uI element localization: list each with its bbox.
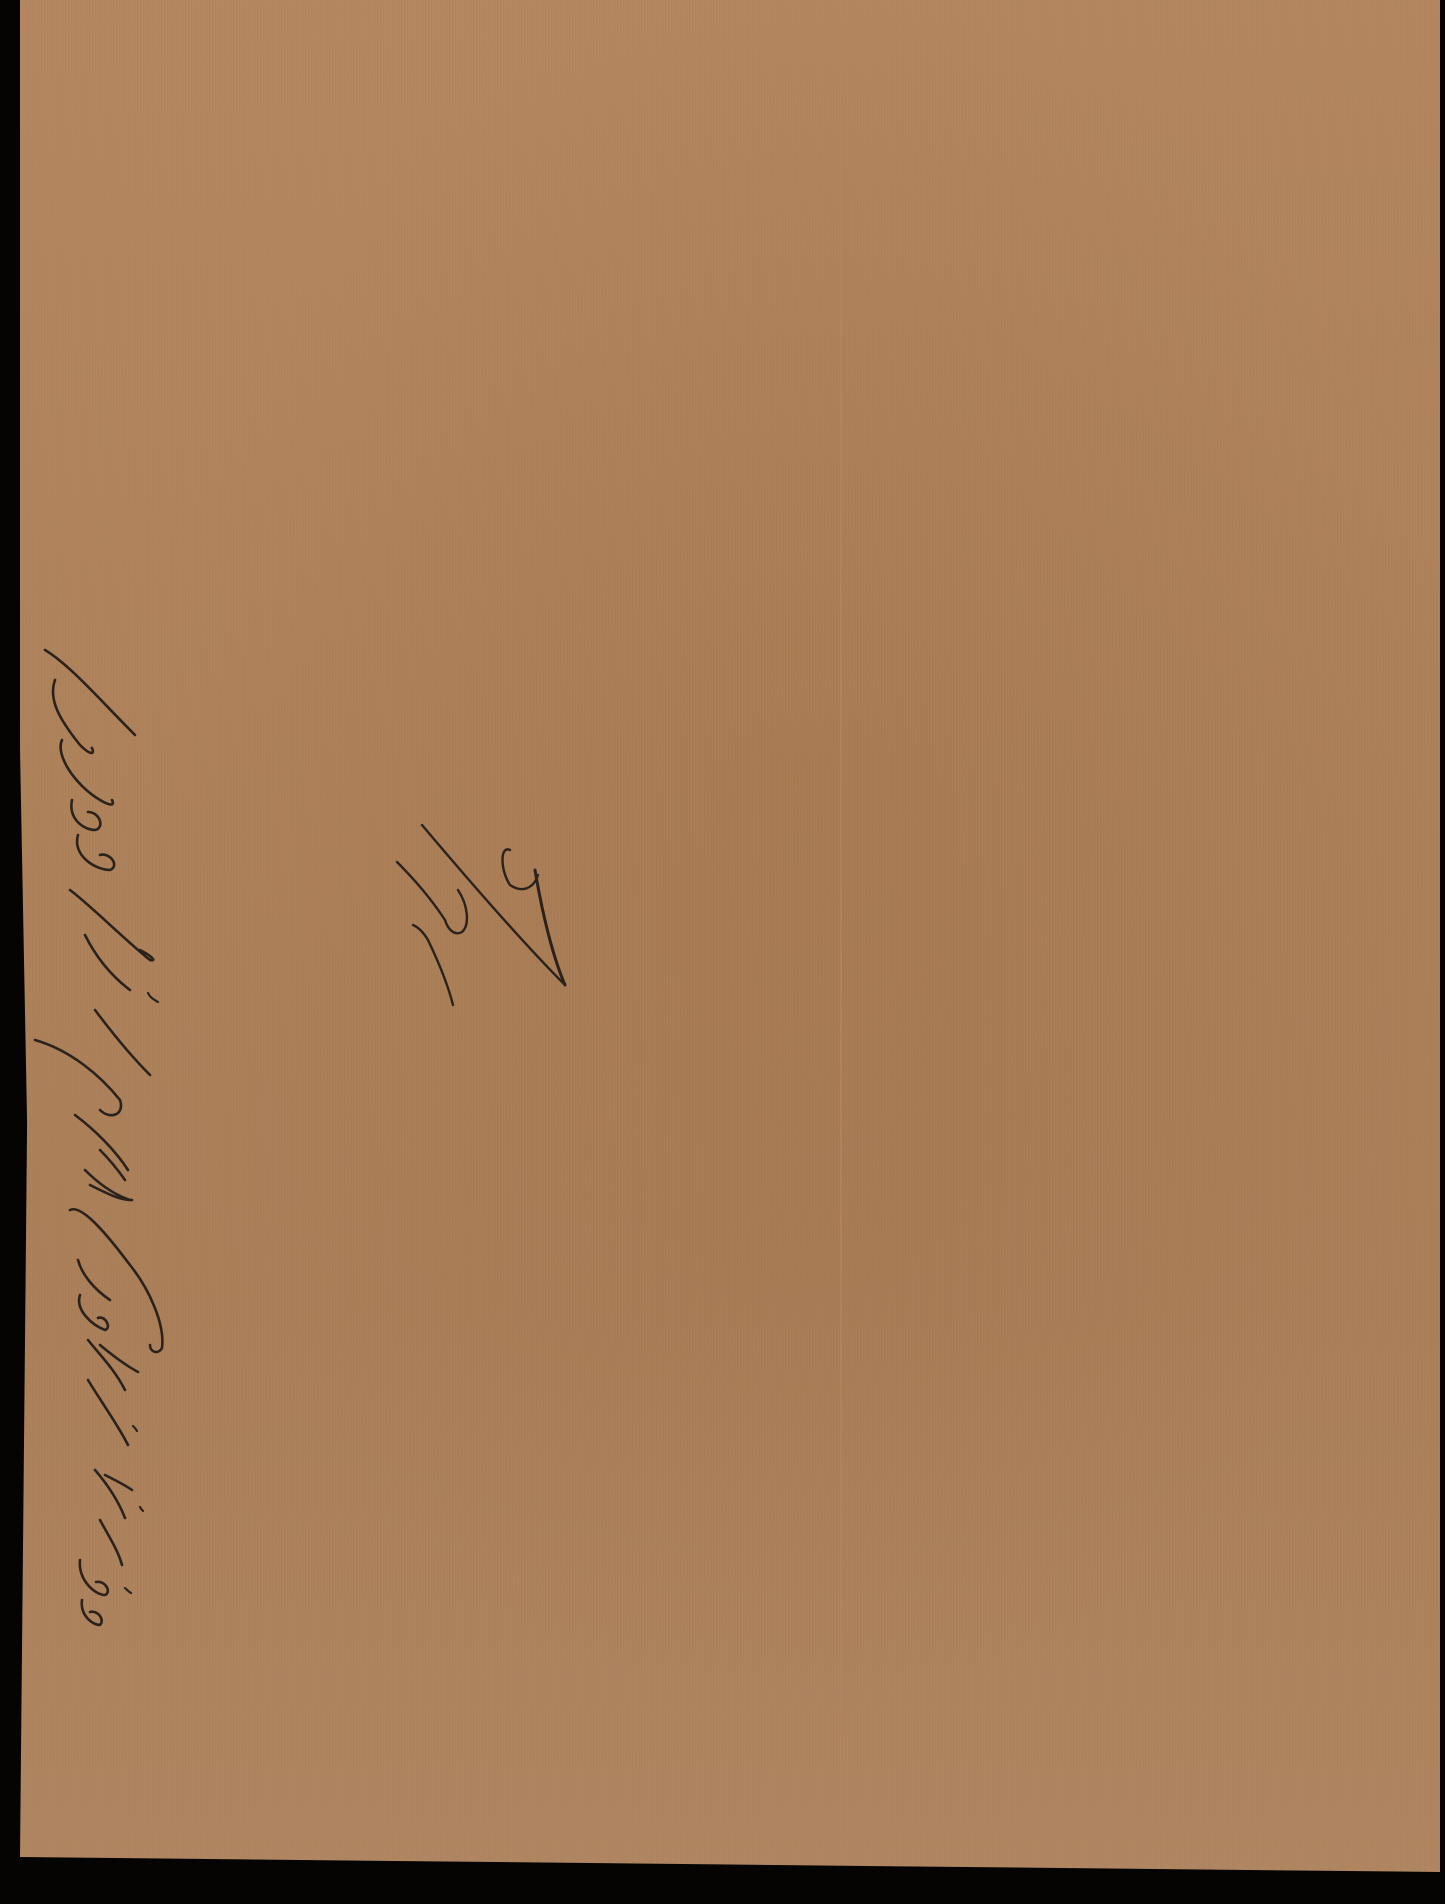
fold-line (840, 0, 842, 1872)
handwritten-fraction: 5/2 (400, 830, 580, 1030)
